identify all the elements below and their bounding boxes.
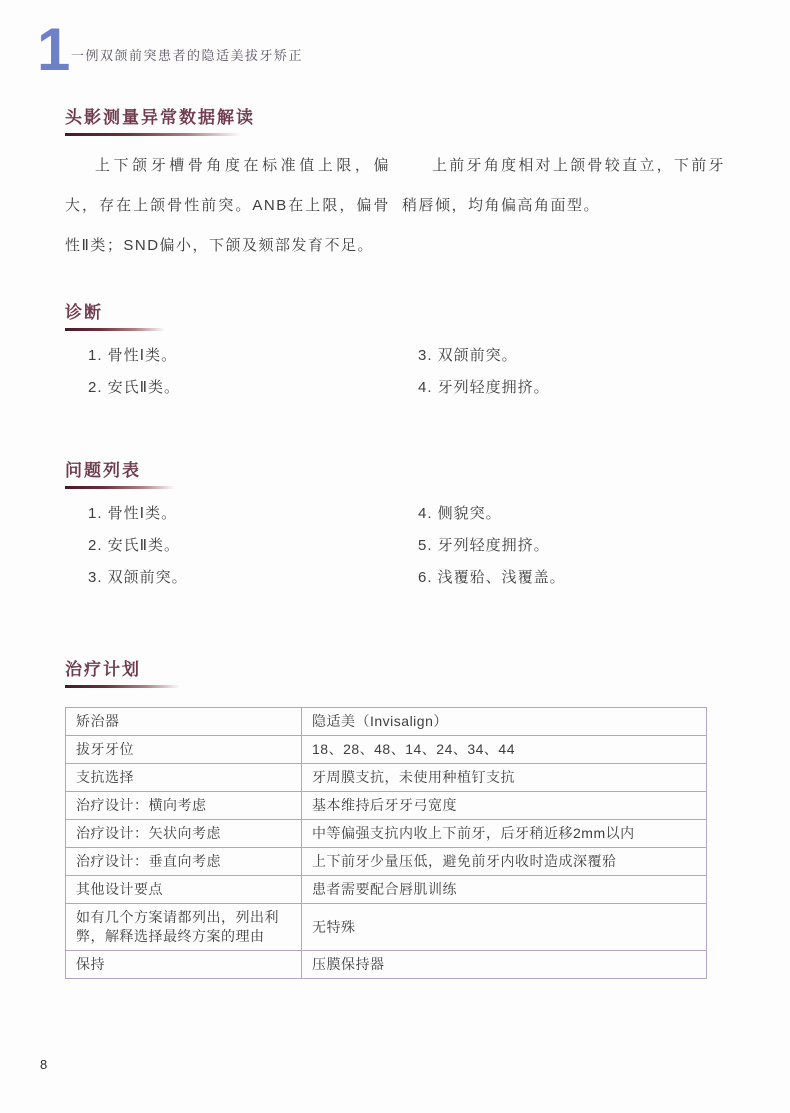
row-value: 18、28、48、14、24、34、44	[302, 736, 707, 764]
table-row: 如有几个方案请都列出，列出利弊，解释选择最终方案的理由无特殊	[66, 904, 707, 951]
list-item: 2. 安氏Ⅱ类。	[88, 530, 395, 562]
list-item: 5. 牙列轻度拥挤。	[418, 530, 566, 562]
heading-underline	[65, 486, 175, 489]
list-item: 3. 双颌前突。	[418, 340, 550, 372]
row-label: 拔牙牙位	[66, 736, 302, 764]
book-page: 1 一例双颌前突患者的隐适美拔牙矫正 头影测量异常数据解读 上下颌牙槽骨角度在标…	[0, 0, 790, 1113]
section-treatment-plan: 治疗计划 矫治器隐适美（Invisalign）拔牙牙位18、28、48、14、2…	[65, 655, 725, 979]
section-problem-list: 问题列表 1. 骨性Ⅰ类。2. 安氏Ⅱ类。3. 双颌前突。 4. 侧貌突。5. …	[65, 456, 725, 594]
row-value: 牙周膜支抗，未使用种植钉支抗	[302, 764, 707, 792]
table-row: 治疗设计：横向考虑基本维持后牙牙弓宽度	[66, 792, 707, 820]
list-item: 1. 骨性Ⅰ类。	[88, 340, 395, 372]
row-label: 支抗选择	[66, 764, 302, 792]
page-number: 8	[40, 1057, 47, 1072]
table-row: 矫治器隐适美（Invisalign）	[66, 708, 707, 736]
table-row: 治疗设计：矢状向考虑中等偏强支抗内收上下前牙，后牙稍近移2mm以内	[66, 820, 707, 848]
section-heading: 诊断	[65, 298, 725, 323]
section-heading: 治疗计划	[65, 655, 725, 680]
table-row: 支抗选择牙周膜支抗，未使用种植钉支抗	[66, 764, 707, 792]
section-diagnosis: 诊断 1. 骨性Ⅰ类。2. 安氏Ⅱ类。 3. 双颌前突。4. 牙列轻度拥挤。	[65, 298, 725, 404]
list-item: 3. 双颌前突。	[88, 562, 395, 594]
paragraph-left: 上下颌牙槽骨角度在标准值上限，偏大，存在上颌骨性前突。ANB在上限，偏骨性Ⅱ类；…	[65, 146, 390, 266]
heading-underline	[65, 328, 165, 331]
section-heading: 问题列表	[65, 456, 725, 481]
section-cephalometric: 头影测量异常数据解读 上下颌牙槽骨角度在标准值上限，偏大，存在上颌骨性前突。AN…	[65, 103, 725, 266]
row-label: 保持	[66, 951, 302, 979]
paragraph-columns: 上下颌牙槽骨角度在标准值上限，偏大，存在上颌骨性前突。ANB在上限，偏骨性Ⅱ类；…	[65, 146, 725, 266]
problem-list: 1. 骨性Ⅰ类。2. 安氏Ⅱ类。3. 双颌前突。 4. 侧貌突。5. 牙列轻度拥…	[65, 498, 725, 594]
row-label: 治疗设计：矢状向考虑	[66, 820, 302, 848]
row-value: 无特殊	[302, 904, 707, 951]
list-column-left: 1. 骨性Ⅰ类。2. 安氏Ⅱ类。	[65, 340, 395, 404]
row-value: 基本维持后牙牙弓宽度	[302, 792, 707, 820]
row-label: 治疗设计：垂直向考虑	[66, 848, 302, 876]
table-row: 拔牙牙位18、28、48、14、24、34、44	[66, 736, 707, 764]
paragraph-right: 上前牙角度相对上颌骨较直立，下前牙稍唇倾，均角偏高角面型。	[402, 146, 725, 266]
chapter-title: 一例双颌前突患者的隐适美拔牙矫正	[71, 45, 303, 64]
chapter-number: 1	[37, 20, 67, 80]
list-column-right: 3. 双颌前突。4. 牙列轻度拥挤。	[418, 340, 550, 404]
treatment-plan-table: 矫治器隐适美（Invisalign）拔牙牙位18、28、48、14、24、34、…	[65, 707, 707, 979]
row-label: 治疗设计：横向考虑	[66, 792, 302, 820]
list-item: 4. 侧貌突。	[418, 498, 566, 530]
table-row: 其他设计要点患者需要配合唇肌训练	[66, 876, 707, 904]
row-value: 中等偏强支抗内收上下前牙，后牙稍近移2mm以内	[302, 820, 707, 848]
table-row: 保持压膜保持器	[66, 951, 707, 979]
section-heading: 头影测量异常数据解读	[65, 103, 725, 128]
row-value: 患者需要配合唇肌训练	[302, 876, 707, 904]
treatment-plan-table-body: 矫治器隐适美（Invisalign）拔牙牙位18、28、48、14、24、34、…	[66, 708, 707, 979]
row-value: 上下前牙少量压低，避免前牙内收时造成深覆𬌗	[302, 848, 707, 876]
list-item: 1. 骨性Ⅰ类。	[88, 498, 395, 530]
list-item: 6. 浅覆𬌗、浅覆盖。	[418, 562, 566, 594]
list-item: 2. 安氏Ⅱ类。	[88, 372, 395, 404]
table-row: 治疗设计：垂直向考虑上下前牙少量压低，避免前牙内收时造成深覆𬌗	[66, 848, 707, 876]
list-column-right: 4. 侧貌突。5. 牙列轻度拥挤。6. 浅覆𬌗、浅覆盖。	[418, 498, 566, 594]
diagnosis-list: 1. 骨性Ⅰ类。2. 安氏Ⅱ类。 3. 双颌前突。4. 牙列轻度拥挤。	[65, 340, 725, 404]
list-item: 4. 牙列轻度拥挤。	[418, 372, 550, 404]
heading-underline	[65, 133, 241, 136]
row-label: 如有几个方案请都列出，列出利弊，解释选择最终方案的理由	[66, 904, 302, 951]
row-value: 压膜保持器	[302, 951, 707, 979]
row-value: 隐适美（Invisalign）	[302, 708, 707, 736]
row-label: 矫治器	[66, 708, 302, 736]
row-label: 其他设计要点	[66, 876, 302, 904]
heading-underline	[65, 685, 180, 688]
list-column-left: 1. 骨性Ⅰ类。2. 安氏Ⅱ类。3. 双颌前突。	[65, 498, 395, 594]
